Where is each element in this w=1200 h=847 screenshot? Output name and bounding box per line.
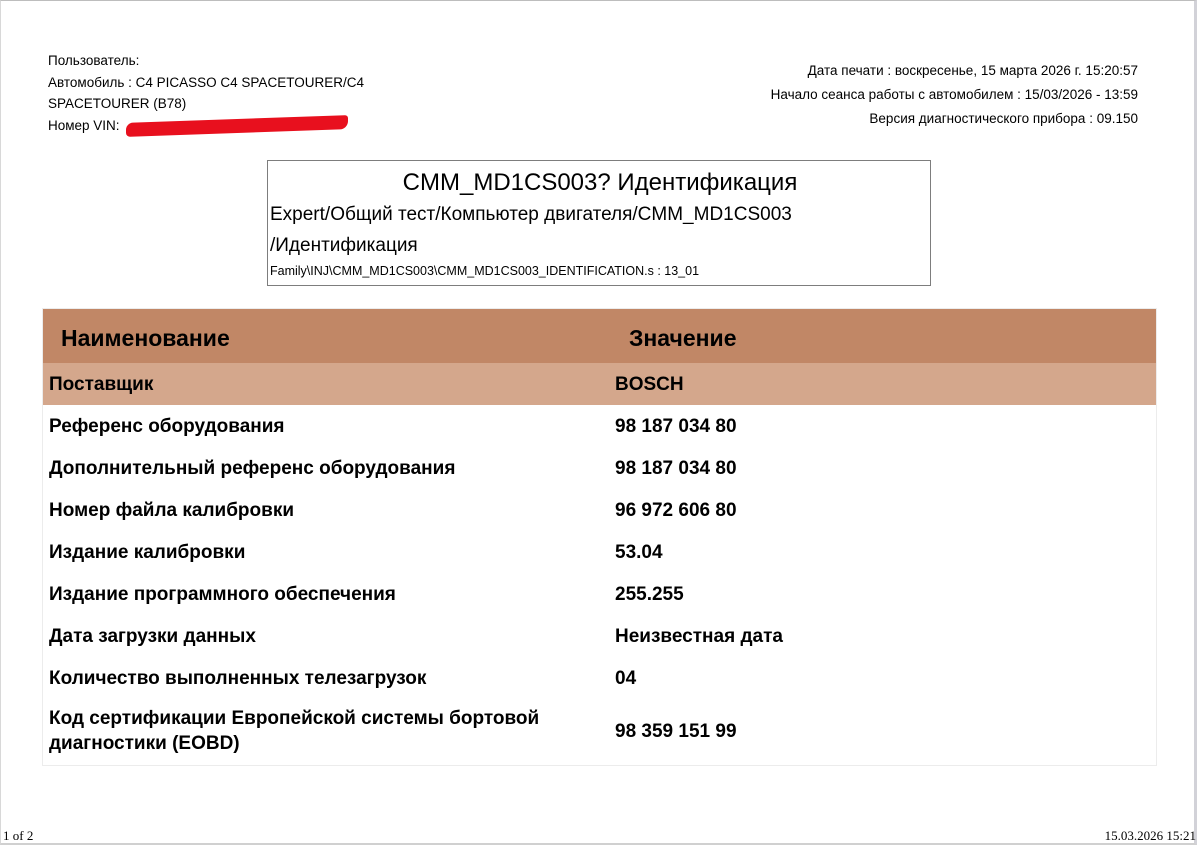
identification-table: Наименование Значение ПоставщикBOSCHРефе… xyxy=(42,308,1157,766)
vehicle-line-2: SPACETOURER (B78) xyxy=(48,93,408,115)
table-row: Издание программного обеспечения255.255 xyxy=(43,573,1157,615)
page-number: 1 of 2 xyxy=(3,828,33,844)
row-name: Референс оборудования xyxy=(43,405,616,447)
row-value: BOSCH xyxy=(615,363,1157,405)
column-header-value: Значение xyxy=(615,309,1157,364)
print-date: Дата печати : воскресенье, 15 марта 2026… xyxy=(771,59,1138,83)
breadcrumb-line-2: /Идентификация xyxy=(270,230,870,261)
session-start: Начало сеанса работы с автомобилем : 15/… xyxy=(771,83,1138,107)
row-value: 53.04 xyxy=(615,531,1157,573)
row-name: Дата загрузки данных xyxy=(43,615,616,657)
breadcrumb-line-1: Expert/Общий тест/Компьютер двигателя/CM… xyxy=(270,199,870,230)
table-row: Референс оборудования98 187 034 80 xyxy=(43,405,1157,447)
footer-timestamp: 15.03.2026 15:21 xyxy=(1105,828,1196,844)
table-header-row: Наименование Значение xyxy=(43,309,1157,364)
row-name: Издание программного обеспечения xyxy=(43,573,616,615)
vin-line: Номер VIN: xyxy=(48,115,408,137)
page-title: CMM_MD1CS003? Идентификация xyxy=(270,168,930,198)
row-value: 98 187 034 80 xyxy=(615,405,1157,447)
row-name: Количество выполненных телезагрузок xyxy=(43,657,616,699)
vehicle-line-1: Автомобиль : C4 PICASSO C4 SPACETOURER/C… xyxy=(48,72,408,94)
vin-label: Номер VIN: xyxy=(48,118,120,133)
table-row: Издание калибровки53.04 xyxy=(43,531,1157,573)
user-label: Пользователь: xyxy=(48,50,408,72)
title-box: CMM_MD1CS003? Идентификация Expert/Общий… xyxy=(267,160,931,286)
table-row: ПоставщикBOSCH xyxy=(43,363,1157,405)
row-value: 255.255 xyxy=(615,573,1157,615)
row-name: Номер файла калибровки xyxy=(43,489,616,531)
row-name: Код сертификации Европейской системы бор… xyxy=(43,699,616,766)
row-name: Дополнительный референс оборудования xyxy=(43,447,616,489)
row-name: Издание калибровки xyxy=(43,531,616,573)
row-value: 96 972 606 80 xyxy=(615,489,1157,531)
row-name: Поставщик xyxy=(43,363,616,405)
tool-version: Версия диагностического прибора : 09.150 xyxy=(771,107,1138,131)
table-row: Количество выполненных телезагрузок04 xyxy=(43,657,1157,699)
session-info: Дата печати : воскресенье, 15 марта 2026… xyxy=(771,59,1138,131)
row-value: 98 359 151 99 xyxy=(615,699,1157,766)
row-value: 04 xyxy=(615,657,1157,699)
table-row: Номер файла калибровки96 972 606 80 xyxy=(43,489,1157,531)
column-header-name: Наименование xyxy=(43,309,616,364)
table-row: Дополнительный референс оборудования98 1… xyxy=(43,447,1157,489)
vehicle-info: Пользователь: Автомобиль : C4 PICASSO C4… xyxy=(48,50,408,136)
script-file: Family\INJ\CMM_MD1CS003\CMM_MD1CS003_IDE… xyxy=(270,263,930,279)
row-value: Неизвестная дата xyxy=(615,615,1157,657)
table-row: Дата загрузки данныхНеизвестная дата xyxy=(43,615,1157,657)
table-row: Код сертификации Европейской системы бор… xyxy=(43,699,1157,766)
breadcrumb: Expert/Общий тест/Компьютер двигателя/CM… xyxy=(270,199,870,261)
vin-redaction-mark xyxy=(126,115,348,137)
row-value: 98 187 034 80 xyxy=(615,447,1157,489)
